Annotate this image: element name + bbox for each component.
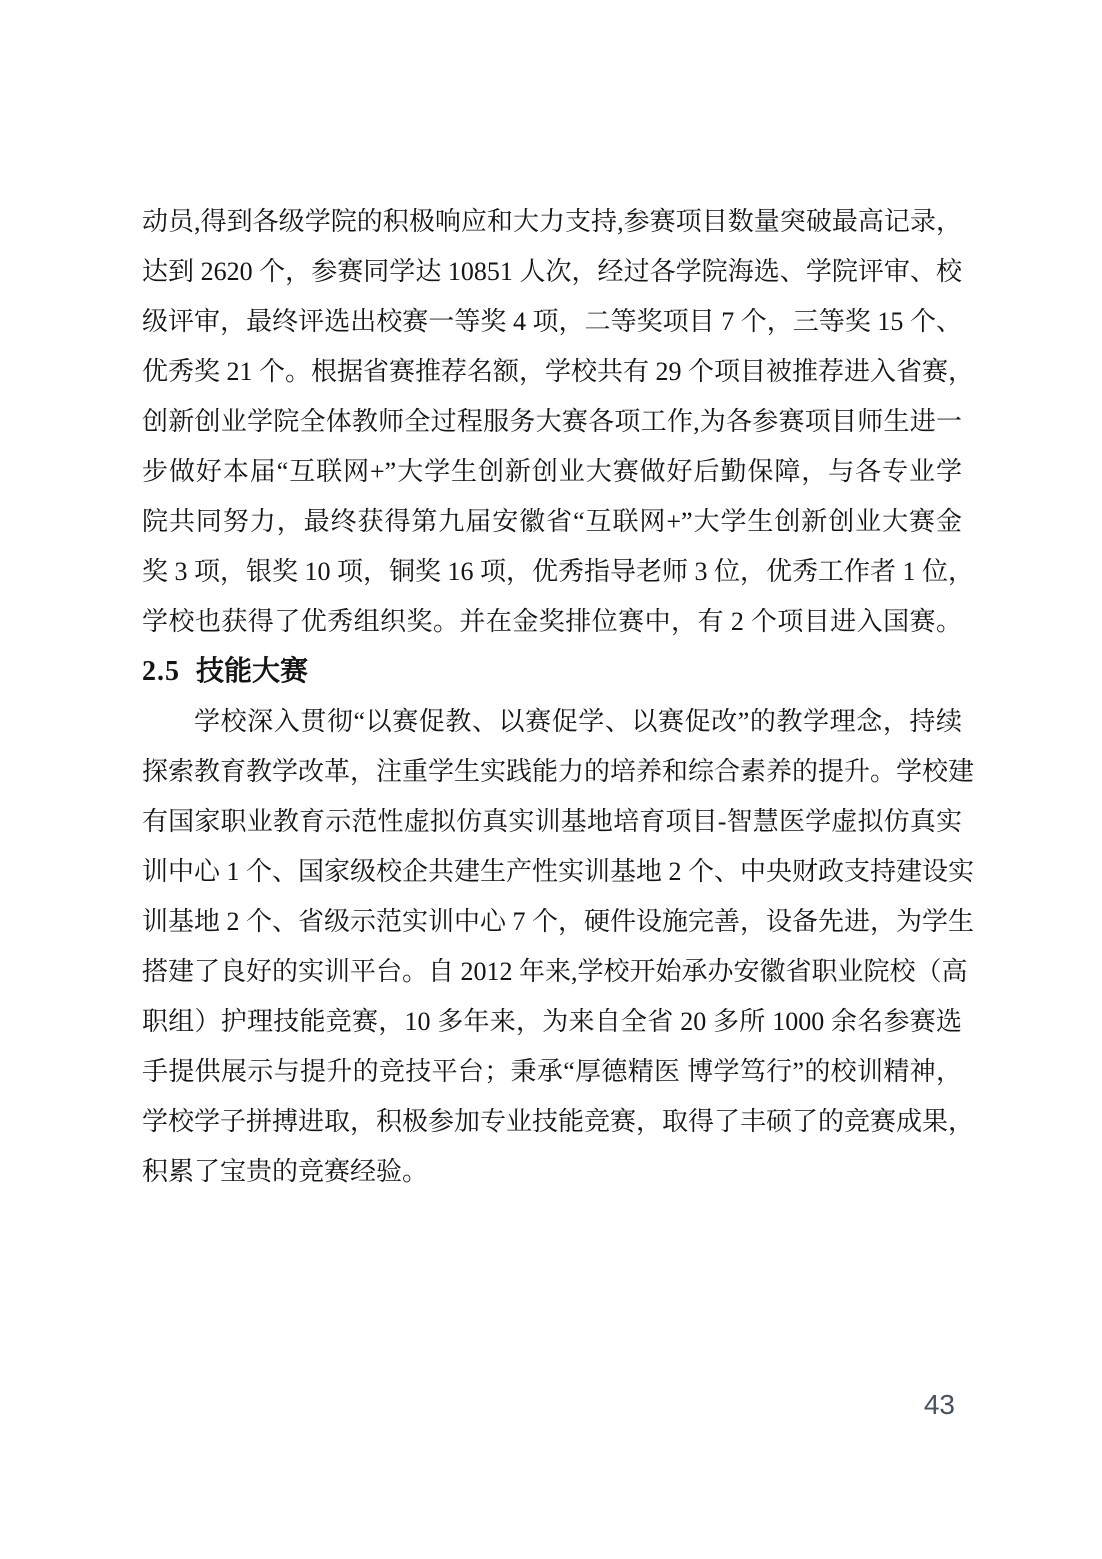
section-heading: 2.5技能大赛 (142, 647, 962, 697)
paragraph-line: 步做好本届“互联网+”大学生创新创业大赛做好后勤保障，与各专业学 (142, 447, 962, 497)
paragraph-line: 积累了宝贵的竞赛经验。 (142, 1147, 962, 1197)
paragraph-line: 训中心 1 个、国家级校企共建生产性实训基地 2 个、中央财政支持建设实 (142, 847, 962, 897)
page-number: 43 (924, 1388, 955, 1422)
paragraph-skills-competition: 学校深入贯彻“以赛促教、以赛促学、以赛促改”的教学理念，持续 探索教育教学改革，… (142, 697, 962, 1197)
paragraph-line: 训基地 2 个、省级示范实训中心 7 个，硬件设施完善，设备先进，为学生 (142, 897, 962, 947)
paragraph-line: 学校也获得了优秀组织奖。并在金奖排位赛中，有 2 个项目进入国赛。 (142, 597, 962, 647)
paragraph-line: 职组）护理技能竞赛，10 多年来，为来自全省 20 多所 1000 余名参赛选 (142, 997, 962, 1047)
paragraph-line: 探索教育教学改革，注重学生实践能力的培养和综合素养的提升。学校建 (142, 747, 962, 797)
section-heading-title: 技能大赛 (196, 656, 308, 687)
paragraph-line: 优秀奖 21 个。根据省赛推荐名额，学校共有 29 个项目被推荐进入省赛， (142, 347, 962, 397)
paragraph-line: 手提供展示与提升的竞技平台；秉承“厚德精医 博学笃行”的校训精神， (142, 1047, 962, 1097)
paragraph-competition-results: 动员,得到各级学院的积极响应和大力支持,参赛项目数量突破最高记录， 达到 262… (142, 197, 962, 647)
paragraph-line: 有国家职业教育示范性虚拟仿真实训基地培育项目-智慧医学虚拟仿真实 (142, 797, 962, 847)
paragraph-line: 奖 3 项，银奖 10 项，铜奖 16 项，优秀指导老师 3 位，优秀工作者 1… (142, 547, 962, 597)
text-block: 动员,得到各级学院的积极响应和大力支持,参赛项目数量突破最高记录， 达到 262… (142, 197, 962, 1197)
paragraph-line: 动员,得到各级学院的积极响应和大力支持,参赛项目数量突破最高记录， (142, 197, 962, 247)
paragraph-line: 学校学子拼搏进取，积极参加专业技能竞赛，取得了丰硕了的竞赛成果， (142, 1097, 962, 1147)
section-heading-number: 2.5 (142, 656, 180, 687)
document-page: 动员,得到各级学院的积极响应和大力支持,参赛项目数量突破最高记录， 达到 262… (0, 0, 1102, 1559)
paragraph-line: 院共同努力，最终获得第九届安徽省“互联网+”大学生创新创业大赛金 (142, 497, 962, 547)
paragraph-line: 搭建了良好的实训平台。自 2012 年来,学校开始承办安徽省职业院校（高 (142, 947, 962, 997)
paragraph-line: 学校深入贯彻“以赛促教、以赛促学、以赛促改”的教学理念，持续 (142, 697, 962, 747)
paragraph-line: 创新创业学院全体教师全过程服务大赛各项工作,为各参赛项目师生进一 (142, 397, 962, 447)
paragraph-line: 达到 2620 个，参赛同学达 10851 人次，经过各学院海选、学院评审、校 (142, 247, 962, 297)
paragraph-line: 级评审，最终评选出校赛一等奖 4 项，二等奖项目 7 个，三等奖 15 个、 (142, 297, 962, 347)
